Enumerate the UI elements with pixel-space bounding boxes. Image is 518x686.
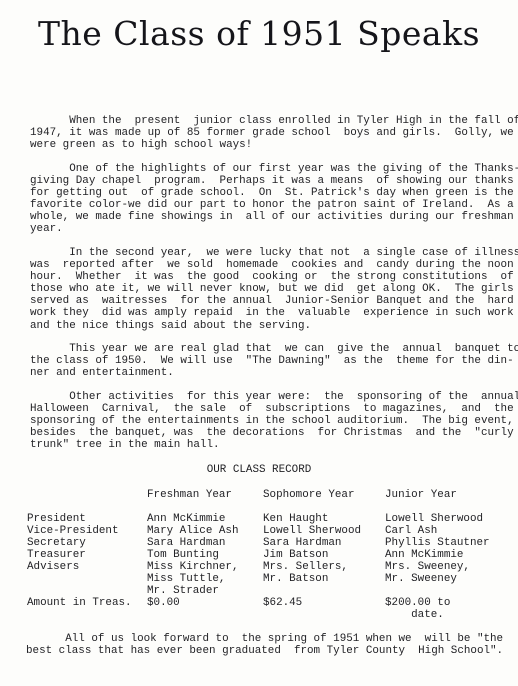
row-label-secretary: Secretary	[27, 537, 86, 549]
cell-president-sophomore: Ken Haught	[263, 513, 328, 525]
row-label-vice-president: Vice-President	[27, 525, 119, 537]
column-header-freshman: Freshman Year	[147, 489, 232, 501]
row-label-treasurer: Treasurer	[27, 549, 86, 561]
cell-secretary-junior: Phyllis Stautner	[385, 537, 490, 549]
cell-vice-president-freshman: Mary Alice Ash	[147, 525, 239, 537]
cell-vice-president-junior: Carl Ash	[385, 525, 437, 537]
class-record-heading: OUR CLASS RECORD	[0, 464, 518, 476]
cell-advisers-sophomore: Mrs. Sellers, Mr. Batson	[263, 561, 348, 585]
paragraph-first-year: One of the highlights of our first year …	[30, 163, 480, 236]
cell-treasury-sophomore: $62.45	[263, 597, 302, 609]
paragraph-second-year: In the second year, we were lucky that n…	[30, 247, 480, 332]
cell-treasury-freshman: $0.00	[147, 597, 180, 609]
cell-treasury-junior: $200.00 to date.	[385, 597, 450, 621]
paragraph-closing: All of us look forward to the spring of …	[26, 633, 476, 657]
cell-treasurer-freshman: Tom Bunting	[147, 549, 219, 561]
paragraph-other-activities: Other activities for this year were: the…	[30, 391, 480, 451]
cell-president-junior: Lowell Sherwood	[385, 513, 483, 525]
paragraph-banquet: This year we are real glad that we can g…	[30, 343, 480, 379]
cell-secretary-sophomore: Sara Hardman	[263, 537, 341, 549]
cell-president-freshman: Ann McKimmie	[147, 513, 225, 525]
cell-treasurer-junior: Ann McKimmie	[385, 549, 463, 561]
row-label-president: President	[27, 513, 86, 525]
row-label-amount-in-treasury: Amount in Treas.	[27, 597, 132, 609]
cell-vice-president-sophomore: Lowell Sherwood	[263, 525, 361, 537]
page-title: The Class of 1951 Speaks	[0, 14, 518, 53]
cell-secretary-freshman: Sara Hardman	[147, 537, 225, 549]
column-header-sophomore: Sophomore Year	[263, 489, 355, 501]
cell-treasurer-sophomore: Jim Batson	[263, 549, 328, 561]
row-label-advisers: Advisers	[27, 561, 79, 573]
cell-advisers-freshman: Miss Kirchner, Miss Tuttle, Mr. Strader	[147, 561, 239, 597]
cell-advisers-junior: Mrs. Sweeney, Mr. Sweeney	[385, 561, 470, 585]
column-header-junior: Junior Year	[385, 489, 457, 501]
paragraph-enrollment: When the present junior class enrolled i…	[30, 115, 480, 151]
